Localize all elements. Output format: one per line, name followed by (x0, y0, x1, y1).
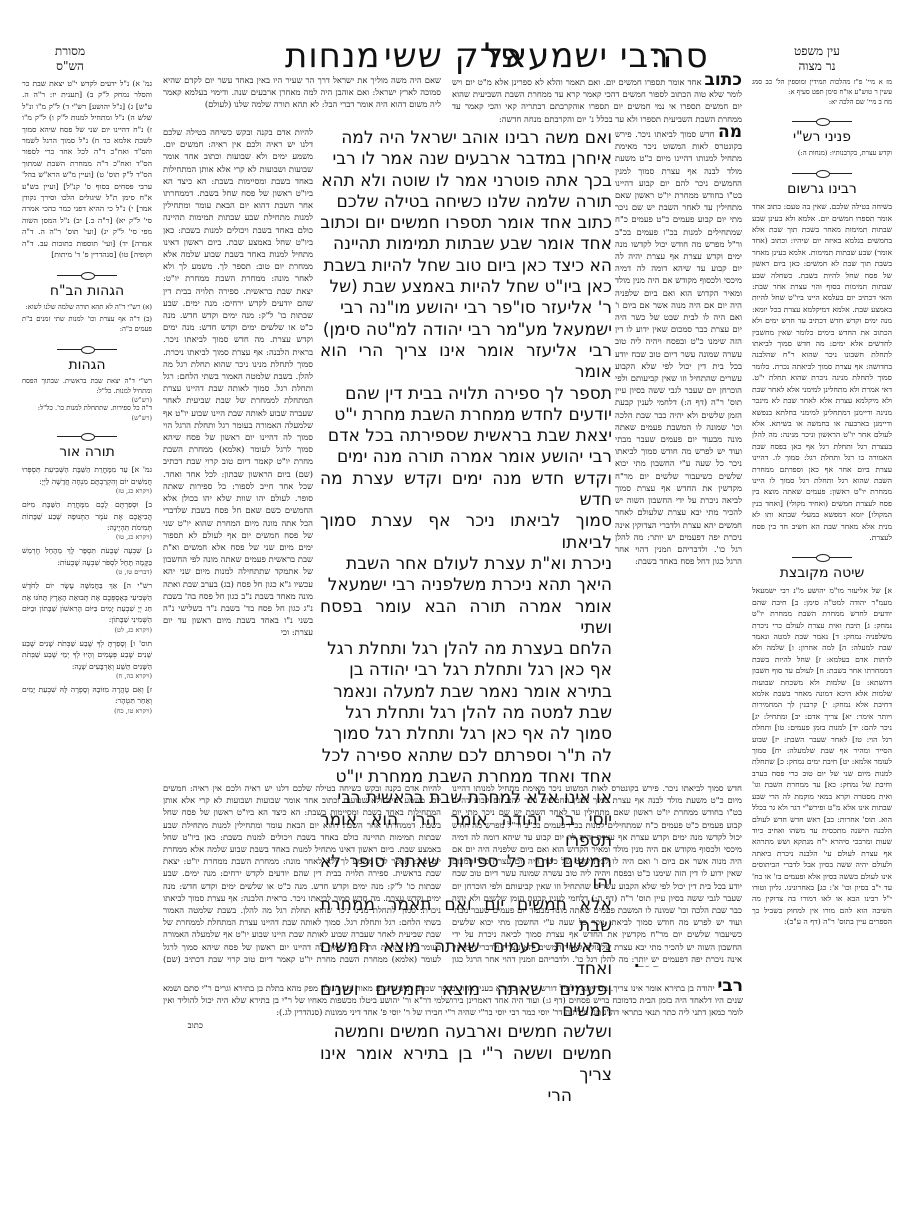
torah-or-verse: ג] שִׁבְעָה שָׁבֻעֹת תִּסְפָּר לָךְ מֵהָ… (22, 545, 152, 568)
hagahot-title: הגהות (22, 357, 152, 373)
gemara-line: לה ת"ר וספרתם לכם שתהא ספירה לכל (320, 746, 612, 767)
tosafot-text: יהודה בן בתירא אומר אינו צריך. בברייתא ד… (163, 983, 743, 1017)
daf-number: סה: (650, 36, 709, 76)
hagahot-habach-item: (ב) ד"ה אף עצרת וכו' למנות שתי זמנים ב"ת… (22, 315, 152, 335)
torah-or-verse: גמ' א] עַד מִמָּחֳרַת הַשַּׁבָּת הַשְּׁב… (22, 464, 152, 487)
gemara-line: ישמעאל מע"מר רבי יהודה למ"טה סימן) (320, 320, 612, 341)
rashi-bottom: להיות אדם בקנה ובקש כשיחה בטילה שלכם דלנ… (163, 782, 441, 967)
gemara-line: חמשים וששה ר"י בן בתירא אומר אינו צריך (320, 1044, 612, 1087)
tosafot-text: חדש סמוך לביאתו ניכר. פירש בקונטרס לאות … (452, 783, 742, 967)
verse-source: (ויקרא כג, לט) (22, 626, 152, 634)
pninei-rashi-text: וקדש עצרת, בקרבנותיו: (מנחות ה:) (752, 149, 892, 159)
dibur-hamatchil: רבי (717, 976, 743, 996)
ornament-divider-icon (792, 169, 852, 177)
rashi-text: שאם היה משה מוליך את ישראל דרך הר שעיר ה… (163, 75, 441, 109)
gemara-line: אחד אומר שבע שבתות תמימות תהיינה (320, 234, 612, 255)
tractate-name: מנחות (285, 36, 381, 76)
gemara-line: תספר לך ספירה תלויה בבית דין שהם (320, 384, 612, 405)
gemara-line: שבת למטה מה להלן רגל ותחלת רגל (320, 703, 612, 724)
gemara-line: כתוב אחד אומר תספרו חמשים יום וכתוב (320, 213, 612, 234)
gemara-line: הא כיצד כאן ביום טוב שחל להיות בשבת (320, 256, 612, 277)
verse-source: (ויקרא כג, טו) (22, 533, 152, 541)
tosafot-text: חדש סמוך לביאתו ניכר. פירש בקונטרס לאות … (615, 129, 742, 566)
gemara-line: רבי יהושע אומר אמרה תורה מנה ימים (320, 447, 612, 468)
gemara-line: ואם משה רבינו אוהב ישראל היה למה (320, 128, 612, 149)
dibur-hamatchil: כתוב (705, 70, 742, 90)
mesoret-hashas-header: מסורת הש"ס (40, 44, 100, 74)
gemara-line: איחרן במדבר ארבעים שנה אמר לו רבי (320, 149, 612, 170)
tosafot-full-width: רבי יהודה בן בתירא אומר אינו צריך. בבריי… (163, 980, 743, 1031)
ein-mishpat-line: מז א מיי' פ"ז מהלכות תמידין ומוספין הל' … (752, 78, 892, 98)
rashi-text: להיות אדם בקנה ובקש כשיחה בטילה שלכם דלנ… (163, 783, 441, 967)
dibur-hamatchil: רגל (635, 961, 663, 967)
torah-or-verse: ז] וְאִם טָהֲרָה מִזּוֹבָהּ וְסָפְרָה לָ… (22, 684, 152, 707)
right-margin: מז א מיי' פ"ז מהלכות תמידין ומוספין הל' … (752, 78, 892, 928)
rabbeinu-gershom-title: רבינו גרשום (752, 181, 892, 197)
gemara-line: בכך אתה פוטרני אמר לו שוטה ולא תהא (320, 171, 612, 192)
rashi-column: להיות אדם בקנה ובקש כשיחה בטילה שלכם דלנ… (163, 126, 313, 776)
gemara-line: ר' אליעזר סו"פר רבי יהושע מו"נה רבי (320, 298, 612, 319)
gemara-line: וקדש חדש מנה ימים וקדש עצרת מה חדש (320, 469, 612, 512)
verse-source: (ויקרא כג, טז) (22, 487, 152, 495)
gemara-line: היאך תהא ניכרת משלפניה רבי ישמעאל (320, 575, 612, 596)
margin-title-line: נר מצוה (782, 59, 852, 74)
ein-mishpat-line: מח ב מיי' שם הלכה יא: (752, 98, 892, 108)
verse-source: (ויקרא טו, כח) (22, 707, 152, 715)
torah-or-verse: תוס' ו] וְסָפַרְתָּ לְךָ שֶׁבַע שַׁבְּתֹ… (22, 638, 152, 672)
gemara-line: הלחם בעצרת מה להלן רגל ותחלת רגל (320, 639, 612, 660)
gemara-line: ניכרת וא"ת עצרת לעולם אחר השבת (320, 554, 612, 575)
hagahot-habach-title: הגהות הב"ח (22, 283, 152, 299)
margin-title-line: הש"ס (40, 59, 100, 74)
hagahot-source: (רש"ש) (22, 414, 152, 422)
ornament-divider-icon (792, 553, 852, 561)
tosafot-bottom: חדש סמוך לביאתו ניכר. פירש בקונטרס לאות … (452, 782, 742, 967)
gemara-line: בתירא אומר נאמר שבת למעלה ונאמר (320, 682, 612, 703)
gemara-line: יצאת שבת בראשית שספירתה בכל אדם (320, 426, 612, 447)
rashi-text: להיות אדם בקנה ובקש כשיחה בטילה שלכם דלנ… (163, 127, 313, 637)
rabbeinu-gershom-text: בשיחה בטילה שלכם. שאין בה טעם: כתוב אחד … (752, 201, 892, 543)
hagahot-item: ד"ה כל ספירות. שתתחלת למנות כו'. כל"ל: (22, 404, 152, 414)
ornament-divider-icon (57, 271, 117, 279)
left-margin: גמ' א) נ"ל ידעים לקדש י"ט יצאת שבת כר וה… (22, 78, 152, 715)
ornament-divider-icon (57, 432, 117, 440)
ornament-divider-icon (792, 117, 852, 125)
gemara-line: הרי (320, 1086, 612, 1107)
torah-or-verse: ב] וּסְפַרְתֶּם לָכֶם מִמָּחֳרַת הַשַּׁב… (22, 499, 152, 533)
gemara-line: כאן ביו"ט שחל להיות באמצע שבת (של (320, 277, 612, 298)
rashi-top: שאם היה משה מוליך את ישראל דרך הר שעיר ה… (163, 74, 441, 111)
tosafot-top: כתוב אחד אומר תספרו חמשים יום. ואם תאמר … (452, 74, 742, 125)
gemara-line: סמוך לה אף כאן רגל ותחלת רגל סמוך (320, 724, 612, 745)
verse-source: (דברים טז, ט) (22, 568, 152, 576)
tosafot-column: מה חדש סמוך לביאתו ניכר. פירש בקונטרס לא… (615, 126, 742, 776)
pninei-rashi-title: פניני רש"י (752, 129, 892, 145)
gemara-line: תורה שלמה שלנו כשיחה בטילה שלכם (320, 192, 612, 213)
hagahot-habach-item: (א) רש"י ד"ה לא תהא תורה שלמה שלנו לשוא: (22, 303, 152, 313)
hagahot-source: (רש"ש) (22, 396, 152, 404)
gemara-line: אומר אמרה תורה הבא עומר בפסח ושתי (320, 597, 612, 640)
margin-title-line: עין משפט (782, 44, 852, 59)
dibur-hamatchil: מה (718, 126, 742, 142)
gemara-line: סמוך לביאתו ניכר אף עצרת סמוך לביאתו (320, 511, 612, 554)
gemara-line: אף כאן רגל ותחלת רגל רבי יהודה בן (320, 660, 612, 681)
tosafot-text: אחד אומר תספרו חמשים יום. ואם תאמר והלא … (452, 77, 742, 124)
ein-mishpat-header: עין משפט נר מצוה (782, 44, 852, 74)
ornament-divider-icon (57, 345, 117, 353)
catchword: כתוב (163, 1019, 203, 1031)
margin-title-line: מסורת (40, 44, 100, 59)
mesoret-hashas-text: גמ' א) נ"ל ידעים לקדש י"ט יצאת שבת כר וה… (22, 78, 152, 261)
shita-mekubetzet-title: שיטה מקובצת (752, 565, 892, 581)
gemara-line: רבי אליעזר אומר אינו צריך הרי הוא אומר (320, 341, 612, 384)
gemara-line: יודעים לחדש ממחרת השבת מחרת י"ט (320, 405, 612, 426)
torah-or-verse: רש"י ה] אַךְ בַּחֲמִשָּׁה עָשָׂר יוֹם לַ… (22, 580, 152, 626)
torah-or-title: תורה אור (22, 444, 152, 460)
hagahot-item: רש"י ד"ה יצאת שבת בראשית. שבתוך הפסח ומת… (22, 377, 152, 397)
chapter-name: רבי ישמעאל (484, 36, 669, 76)
shita-mekubetzet-text: א] של אליעזר מו"מ יהושע מ"נ רבי ישמעאל מ… (752, 585, 892, 927)
verse-source: (ויקרא כה, ח) (22, 672, 152, 680)
